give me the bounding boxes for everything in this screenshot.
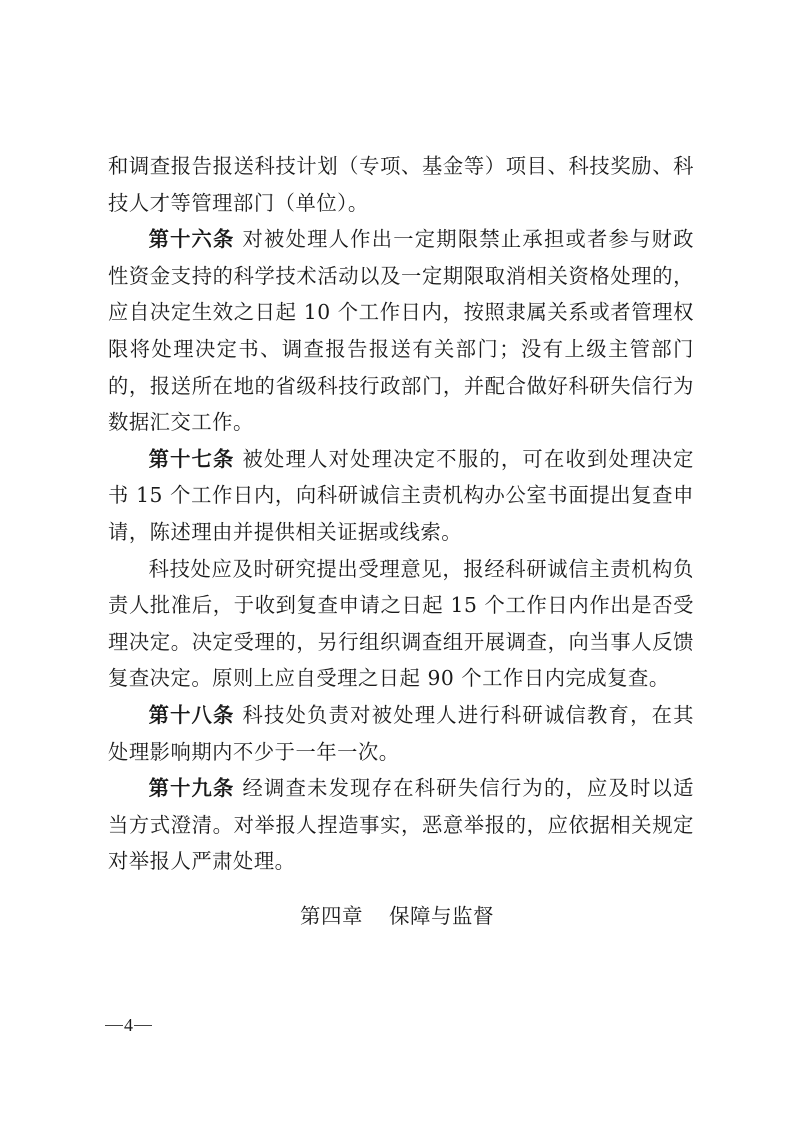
article-16: 第十六条对被处理人作出一定期限禁止承担或者参与财政性资金支持的科学技术活动以及一… <box>108 221 694 441</box>
article-number: 第十九条 <box>149 776 235 800</box>
article-17-paragraph-2: 科技处应及时研究提出受理意见，报经科研诚信主责机构负责人批准后，于收到复查申请之… <box>108 551 694 697</box>
paragraph-text: 和调查报告报送科技计划（专项、基金等）项目、科技奖励、科技人才等管理部门（单位）… <box>108 154 694 215</box>
page-number-dash-right <box>134 1025 152 1026</box>
page-number: 4 <box>105 1013 152 1037</box>
paragraph-text: 科技处应及时研究提出受理意见，报经科研诚信主责机构负责人批准后，于收到复查申请之… <box>108 557 694 691</box>
article-number: 第十七条 <box>149 447 235 471</box>
article-number: 第十六条 <box>149 227 235 251</box>
document-page: 和调查报告报送科技计划（专项、基金等）项目、科技奖励、科技人才等管理部门（单位）… <box>0 0 794 1122</box>
chapter-heading: 第四章保障与监督 <box>0 898 794 934</box>
article-number: 第十八条 <box>149 703 235 727</box>
chapter-title: 保障与监督 <box>389 904 494 928</box>
paragraph-text: 对被处理人作出一定期限禁止承担或者参与财政性资金支持的科学技术活动以及一定期限取… <box>108 227 694 434</box>
article-18: 第十八条科技处负责对被处理人进行科研诚信教育，在其处理影响期内不少于一年一次。 <box>108 697 694 770</box>
paragraph-continuation: 和调查报告报送科技计划（专项、基金等）项目、科技奖励、科技人才等管理部门（单位）… <box>108 148 694 221</box>
page-number-value: 4 <box>123 1013 134 1037</box>
document-body: 和调查报告报送科技计划（专项、基金等）项目、科技奖励、科技人才等管理部门（单位）… <box>108 148 694 880</box>
article-19: 第十九条经调查未发现存在科研失信行为的，应及时以适当方式澄清。对举报人捏造事实，… <box>108 770 694 880</box>
article-17: 第十七条被处理人对处理决定不服的，可在收到处理决定书 15 个工作日内，向科研诚… <box>108 441 694 551</box>
chapter-number: 第四章 <box>300 904 363 928</box>
page-number-dash-left <box>105 1025 123 1026</box>
